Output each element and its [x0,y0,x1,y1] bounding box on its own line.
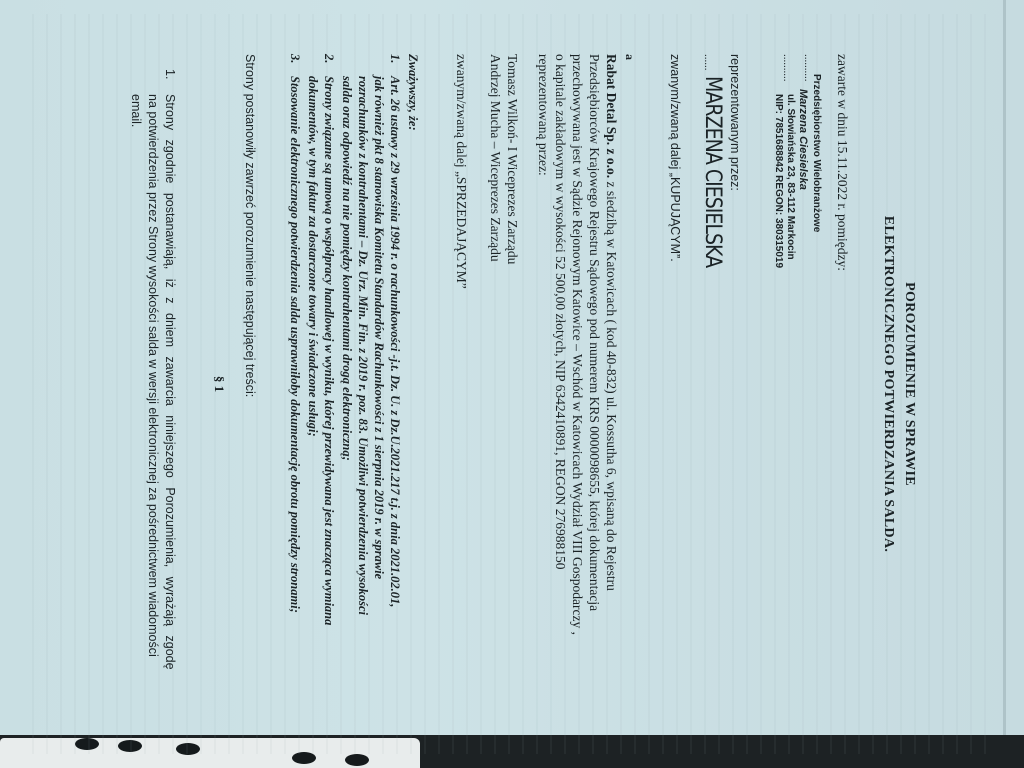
whereas-item-line: jak również pkt 8 stanowiska Komitetu St… [371,76,386,579]
clause-line-1: Strony zgodnie postanawiają, iż z dniem … [163,94,177,670]
seller-line-3: przechowywana jest w Sądzie Rejonowym Ka… [569,54,585,635]
stamp-dots-2: .......... [781,54,793,82]
buyer-alias: zwanym/zwaną dalej „KUPUJĄCYM”. [668,54,682,262]
section-number: § 1 [211,14,227,754]
cloth-dot [345,754,369,766]
whereas-item-line: dokumentów, w tym faktur za dostarczone … [305,76,320,437]
whereas-item-number: 3. [287,54,302,63]
seller-rep-1: Tomasz Wilkoń- I Wiceprezes Zarządu [504,54,520,264]
document-page: POROZUMIENIE W SPRAWIE ELEKTRONICZNEGO P… [32,14,992,754]
seller-line-1-text: z siedzibą w Katowicach ( kod 40-832) ul… [604,178,619,591]
seller-represented-by: reprezentowaną przez: [535,54,551,176]
second-page-edge [1003,0,1006,768]
clause-line-3: email. [129,94,143,127]
agreement-intro: Strony postanowiły zawrzeć porozumienie … [243,54,257,397]
whereas-item-number: 2. [321,54,336,63]
seller-line-1: Rabat Detal Sp. z o.o. z siedzibą w Kato… [603,54,619,591]
whereas-item-line: Stosowanie elektronicznego potwierdzenia… [287,76,302,613]
seller-line-2: Przedsiębiorców Krajowego Rejestru Sądow… [586,54,602,611]
stamp-address: ul. Słowiańska 23, 83-112 Markocin [784,94,796,260]
whereas-item-number: 1. [387,54,402,63]
intro-text: zawarte w dniu 15.11.2022 r. pomiędzy: [834,54,850,271]
whereas-item-line: Art. 26 ustawy z 29 września 1994 r. o r… [387,76,402,607]
stamp-owner: Marzena Ciesielska [797,89,809,190]
seller-name: Rabat Detal Sp. z o.o. [604,54,619,178]
handwritten-signature: MARZENA CIESIELSKA [700,76,725,267]
clause-number: 1. [163,69,177,79]
whereas-item-line: rozrachunków z kontrahentami – Dz. Urz. … [355,76,370,615]
seller-rep-2: Andrzej Mucha – Wiceprezes Zarządu [487,54,503,262]
whereas-heading: Zważywszy, że: [405,54,420,131]
conjunction: a [622,54,637,60]
seller-line-4: o kapitale zakładowym w wysokości 52 500… [552,54,568,569]
whereas-item-line: salda oraz odpowiedź na nie pomiędzy kon… [339,76,354,461]
seller-alias: zwanym/zwaną dalej „SPRZEDAJĄCYM” [453,54,469,289]
whereas-item-line: Strony związane są umową o współpracy ha… [321,76,336,625]
stamp-ids: NIP: 7851688842 REGON: 380315019 [772,94,784,268]
document-title-line1: POROZUMIENIE W SPRAWIE [901,14,917,754]
stamp-dots: .......... [802,54,814,82]
document-title-line2: ELEKTRONICZNEGO POTWIERDZANIA SALDA. [880,14,896,754]
signature-dots: ...... [702,54,714,71]
represented-by-label: reprezentowanym przez: [728,54,742,191]
clause-line-2: na potwierdzenia przez Strony wysokości … [146,94,160,657]
stamp-company: Przedsiębiorstwo Wielobranżowe [810,74,822,232]
